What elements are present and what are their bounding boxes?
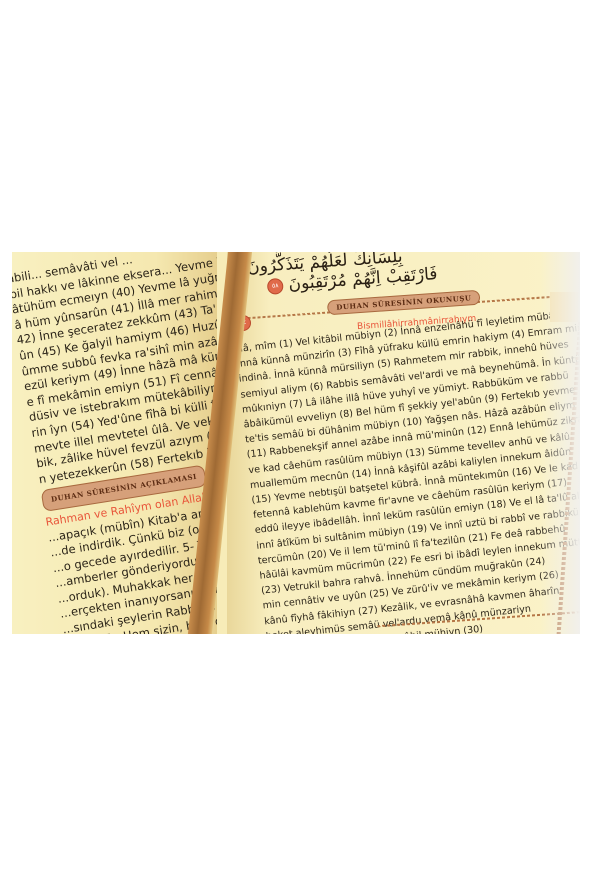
section-band: DUHAN SÛRESİNİN OKUNUŞU xyxy=(327,290,481,316)
right-page-text: Hâ, mîm (1) Vel kitâbil mübiyn (2) İnnâ … xyxy=(235,305,580,634)
book-photo: abili... semâvâti vel ... bil hakkı ve l… xyxy=(12,252,580,634)
verse-number-medallion: ٥٨ xyxy=(267,277,284,294)
right-page: بِلِسَانِكَ لَعَلَّهُمْ يَتَذَكَّرُونَ ف… xyxy=(227,252,580,634)
left-page-text: abili... semâvâti vel ... bil hakkı ve l… xyxy=(12,252,217,634)
background-fade xyxy=(540,252,580,634)
left-page: abili... semâvâti vel ... bil hakkı ve l… xyxy=(12,252,217,634)
